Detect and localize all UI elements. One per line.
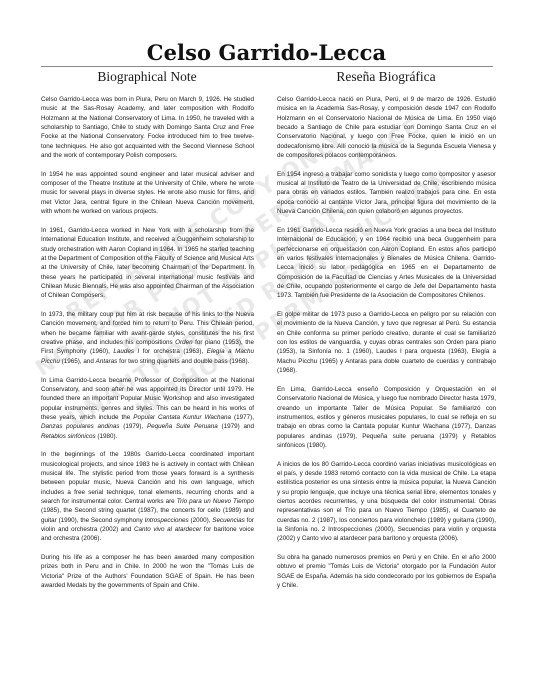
- biography-paragraph: Su obra ha ganado numerosos premios en P…: [277, 553, 496, 590]
- work-title: Introspecciones: [145, 517, 189, 524]
- paragraph-text: for two string quartets and double bass …: [117, 358, 249, 365]
- biography-paragraph: In the beginnings of the 1980s Garrido-L…: [41, 450, 254, 543]
- paragraph-text: A inicios de los 80 Garrido-Lecca coordi…: [277, 461, 496, 543]
- work-title: Laudes I: [113, 348, 139, 355]
- work-title: Popular Cantata Kuntur Wachana: [133, 414, 231, 421]
- work-title: Antaras: [96, 358, 118, 365]
- paragraph-text: In 1954 he was appointed sound engineer …: [41, 171, 254, 215]
- paragraph-text: In 1961, Garrido-Lecca worked in New Yor…: [41, 227, 254, 299]
- biography-paragraph: En Lima, Garrido-Lecca enseñó Composició…: [277, 385, 496, 450]
- paragraph-text: Celso Garrido-Lecca nació en Piura, Perú…: [277, 96, 496, 159]
- english-biography-column: Celso Garrido-Lecca was born in Piura, P…: [41, 95, 254, 600]
- biography-paragraph: En 1961 Garrido-Lecca residió en Nueva Y…: [277, 226, 496, 301]
- title-divider: [41, 66, 493, 67]
- work-title: Retablos sinfónicos: [41, 433, 96, 440]
- paragraph-text: Su obra ha ganado numerosos premios en P…: [277, 554, 496, 589]
- biography-paragraph: In 1973, the military coup put him at ri…: [41, 310, 254, 366]
- paragraph-text: During his life as a composer he has bee…: [41, 554, 254, 589]
- work-title: Secuencias: [212, 517, 245, 524]
- english-column-heading: Biographical Note: [40, 68, 254, 85]
- paragraph-text: (1977),: [231, 414, 254, 421]
- biography-paragraph: Celso Garrido-Lecca was born in Piura, P…: [41, 95, 254, 160]
- work-title: Danzas populares andinas: [41, 423, 120, 430]
- paragraph-text: En 1961 Garrido-Lecca residió en Nueva Y…: [277, 227, 496, 299]
- work-title: Orden: [175, 339, 193, 346]
- biography-paragraph: During his life as a composer he has bee…: [41, 553, 254, 590]
- work-title: Canto vivo al atardecer: [134, 526, 201, 533]
- paragraph-text: En Lima, Garrido-Lecca enseñó Composició…: [277, 386, 496, 449]
- paragraph-text: for orchestra (1963),: [139, 348, 206, 355]
- paragraph-text: Celso Garrido-Lecca was born in Piura, P…: [41, 96, 254, 159]
- spanish-biography-column: Celso Garrido-Lecca nació en Piura, Perú…: [277, 95, 496, 600]
- paragraph-text: En 1954 ingresó a trabajar como sonidist…: [277, 171, 496, 215]
- paragraph-text: (1965), and: [60, 358, 96, 365]
- biography-paragraph: A inicios de los 80 Garrido-Lecca coordi…: [277, 460, 496, 544]
- document-page: Celso Garrido-Lecca Biographical Note Re…: [0, 0, 533, 693]
- biography-paragraph: Celso Garrido-Lecca nació en Piura, Perú…: [277, 95, 496, 160]
- paragraph-text: (2000),: [189, 517, 213, 524]
- spanish-column-heading: Reseña Biográfica: [276, 68, 496, 85]
- paragraph-text: (1979) and: [218, 423, 254, 430]
- biography-paragraph: In 1961, Garrido-Lecca worked in New Yor…: [41, 226, 254, 301]
- biography-paragraph: El golpe militar de 1973 puso a Garrido-…: [277, 310, 496, 375]
- paragraph-text: (1980).: [96, 433, 118, 440]
- work-title: Pequeña Suite Peruana: [147, 423, 218, 430]
- biography-paragraph: In 1954 he was appointed sound engineer …: [41, 170, 254, 217]
- paragraph-text: El golpe militar de 1973 puso a Garrido-…: [277, 311, 496, 374]
- biography-paragraph: En 1954 ingresó a trabajar como sonidist…: [277, 170, 496, 217]
- page-title: Celso Garrido-Lecca: [0, 40, 533, 66]
- paragraph-text: (1979),: [120, 423, 147, 430]
- biography-paragraph: In Lima Garrido-Lecca became Professor o…: [41, 376, 254, 441]
- paragraph-text: In the beginnings of the 1980s Garrido-L…: [41, 451, 254, 505]
- work-title: Trio para un Nuevo Tiempo: [177, 498, 254, 505]
